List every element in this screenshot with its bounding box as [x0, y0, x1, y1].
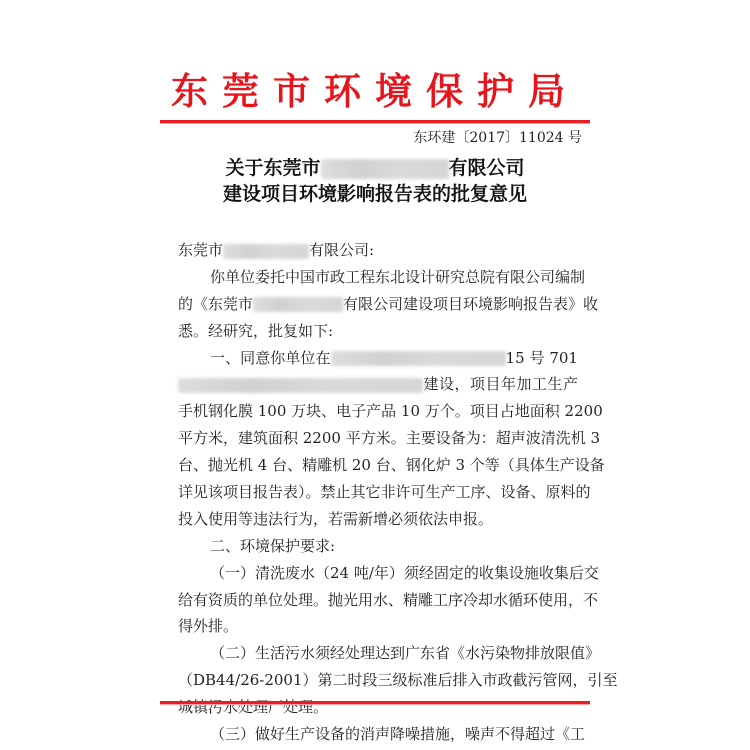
heading-line-1: 关于东莞市有限公司 [160, 155, 590, 181]
item2-title: 二、环境保护要求: [178, 533, 578, 560]
item1-line-2: 建设，项目年加工生产 [178, 371, 578, 398]
document-body: 东莞市有限公司: 你单位委托中国市政工程东北设计研究总院有限公司编制 的《东莞市… [178, 237, 578, 748]
masthead-red-rule [160, 120, 590, 123]
item1-line-3: 手机钢化膜 100 万块、电子产品 10 万个。项目占地面积 2200 [178, 398, 578, 425]
document-heading: 关于东莞市有限公司 建设项目环境影响报告表的批复意见 [160, 155, 590, 207]
item1-line-1-suffix: 15 号 701 [506, 349, 578, 367]
redacted-company-name [253, 297, 343, 312]
redacted-company-name [321, 159, 449, 179]
para1-line-2: 的《东莞市有限公司建设项目环境影响报告表》收 [178, 291, 578, 318]
item1-line-7: 投入使用等违法行为，若需新增必须依法申报。 [178, 506, 578, 533]
req1-line-3: 得外排。 [178, 613, 578, 640]
heading-line-2: 建设项目环境影响报告表的批复意见 [160, 181, 590, 207]
para1-line-1: 你单位委托中国市政工程东北设计研究总院有限公司编制 [178, 264, 578, 291]
req1-line-2: 给有资质的单位处理。抛光用水、精雕工序冷却水循环使用，不 [178, 587, 578, 614]
redacted-coordinates [178, 378, 423, 393]
item1-line-5: 台、抛光机 4 台、精雕机 20 台、钢化炉 3 个等（具体生产设备 [178, 452, 578, 479]
document-number: 东环建〔2017〕11024 号 [413, 128, 582, 148]
heading-prefix: 关于东莞市 [225, 157, 320, 179]
req2-line-1: （二）生活污水须经处理达到广东省《水污染物排放限值》 [178, 640, 578, 667]
para1-line-2-prefix: 的《东莞市 [178, 295, 253, 313]
req2-line-2: （DB44/26-2001）第二时段三级标准后排入市政截污管网，引至 [178, 667, 578, 694]
item1-line-4: 平方米，建筑面积 2200 平方米。主要设备为：超声波清洗机 3 [178, 425, 578, 452]
document-page: 东莞市环境保护局 东环建〔2017〕11024 号 关于东莞市有限公司 建设项目… [0, 0, 750, 750]
salutation-prefix: 东莞市 [178, 241, 223, 259]
para1-line-2-suffix: 有限公司建设项目环境影响报告表》收 [343, 295, 598, 313]
salutation: 东莞市有限公司: [178, 237, 578, 264]
salutation-suffix: 有限公司: [309, 241, 374, 259]
item1-line-6: 详见该项目报告表）。禁止其它非许可生产工序、设备、原料的 [178, 479, 578, 506]
redacted-address [331, 351, 506, 366]
item1-line-1-prefix: 一、同意你单位在 [210, 349, 331, 367]
heading-suffix: 有限公司 [449, 157, 525, 179]
item1-line-2-suffix: 建设，项目年加工生产 [423, 375, 578, 393]
issuer-masthead: 东莞市环境保护局 [160, 68, 590, 116]
req3-line-1: （三）做好生产设备的消声降噪措施，噪声不得超过《工 [178, 721, 578, 748]
req1-line-1: （一）清洗废水（24 吨/年）须经固定的收集设施收集后交 [178, 560, 578, 587]
item1-line-1: 一、同意你单位在15 号 701 [178, 345, 578, 372]
req2-line-3: 城镇污水处理厂处理。 [178, 694, 578, 721]
redacted-company-name [223, 244, 309, 259]
para1-line-3: 悉。经研究，批复如下: [178, 318, 578, 345]
footer-red-rule [160, 701, 590, 704]
